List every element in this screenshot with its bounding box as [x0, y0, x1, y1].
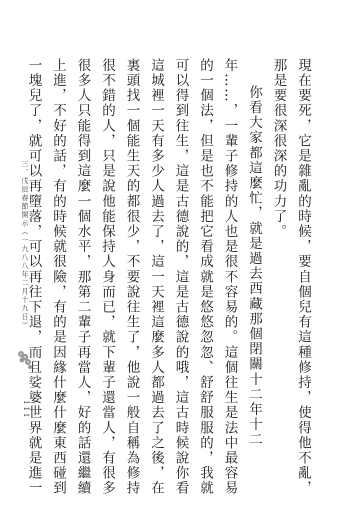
text-column-7: 這城裡一天有多少人過去了，這一天裡這麼多人都過去了之後，在 — [144, 58, 169, 478]
flower-ornament-icon — [16, 350, 34, 370]
text-column-11: 上進，不好的話，有的時候就很險，有的是因緣什麼什麼東西碰到 — [46, 58, 71, 478]
text-column-4: 年……，一輩子修持的人也是很不容易的。這個往生是法中最容易 — [217, 58, 242, 478]
text-column-3: 你看大家都這麼忙，就是過去西藏那個閉關十二年十二 — [242, 58, 267, 478]
text-column-8: 裏頭找一個能生天的都很少，不要說往生了，他說一般自稱為修持 — [119, 58, 144, 478]
text-column-9: 很不錯的人，只是說他能保持人身而已，就下輩子還當人，有很多 — [95, 58, 120, 478]
text-column-6: 可以得到往生，這是古德說的，這是古德說的哦，這古時候說你看 — [168, 58, 193, 478]
text-column-10: 很多人只能得到這麼一個水平，那第二輩子再當人，好的話還繼續 — [70, 58, 95, 478]
text-column-1: 現在要死，它是雜亂的時候，要自個兒有這種修持，使得他不亂， — [291, 58, 316, 478]
book-page: 現在要死，它是雜亂的時候，要自個兒有這種修持，使得他不亂， 那是要很深很深的功力… — [0, 0, 363, 510]
page-number: 111 — [22, 400, 30, 419]
body-text: 現在要死，它是雜亂的時候，要自個兒有這種修持，使得他不亂， 那是要很深很深的功力… — [21, 58, 315, 478]
text-column-5: 的一個法，但是也不能把它看成就是悠悠忽忽、舒舒服服的，我就 — [193, 58, 218, 478]
text-column-2: 那是要很深很深的功力了。 — [266, 58, 291, 478]
running-footer: 三、戊辰春節開示（一九八八年二月十九日） — [20, 160, 30, 330]
